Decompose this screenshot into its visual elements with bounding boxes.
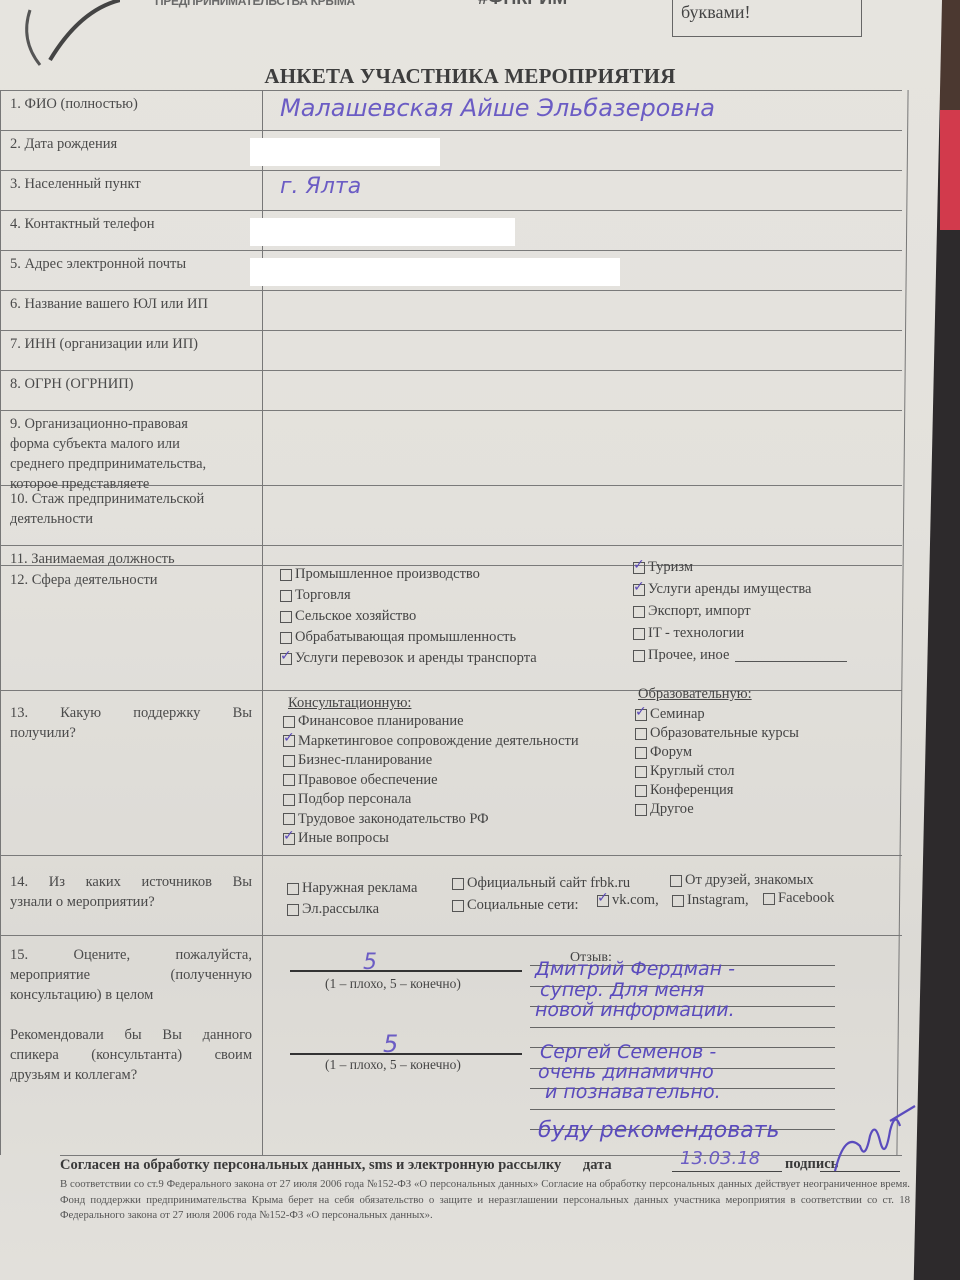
checkbox-icon[interactable] bbox=[287, 904, 299, 916]
checkbox-icon[interactable] bbox=[283, 755, 295, 767]
checkbox-icon[interactable] bbox=[635, 766, 647, 778]
field-input[interactable] bbox=[264, 331, 900, 369]
checkbox-option[interactable]: Трудовое законодательство РФ bbox=[283, 811, 489, 828]
checkbox-option[interactable]: Услуги перевозок и аренды транспорта bbox=[280, 650, 537, 667]
checkbox-option[interactable]: Социальные сети: bbox=[452, 897, 579, 914]
field-label: 2. Дата рождения bbox=[10, 134, 117, 154]
header-hashtag: #ФПКРИМ bbox=[478, 0, 567, 9]
q15-recommend-label: друзьям и коллегам? bbox=[10, 1065, 137, 1085]
checkbox-option[interactable]: От друзей, знакомых bbox=[670, 872, 814, 889]
signature-scribble-icon bbox=[830, 1101, 920, 1176]
checkbox-icon[interactable] bbox=[635, 709, 647, 721]
consent-body: В соответствии со ст.9 Федерального зако… bbox=[60, 1177, 910, 1224]
checkbox-icon[interactable] bbox=[283, 716, 295, 728]
q15-recommend-label: Рекомендовали бы Вы данного bbox=[10, 1025, 252, 1045]
checkbox-option[interactable]: Форум bbox=[635, 744, 692, 761]
checkbox-icon[interactable] bbox=[633, 562, 645, 574]
table-rule bbox=[0, 855, 902, 856]
checkbox-option[interactable]: Facebook bbox=[763, 890, 834, 907]
checkbox-icon[interactable] bbox=[283, 833, 295, 845]
field-label: 11. Занимаемая должность bbox=[10, 549, 175, 569]
form-sheet: ПРЕДПРИНИМАТЕЛЬСТВА КРЫМА #ФПКРИМ буквам… bbox=[0, 0, 942, 1280]
checkbox-icon[interactable] bbox=[283, 813, 295, 825]
field-label: форма субъекта малого или bbox=[10, 434, 180, 454]
checkbox-icon[interactable] bbox=[633, 606, 645, 618]
q14-label: 14. Из каких источников Вы bbox=[10, 872, 252, 892]
field-label: 3. Населенный пункт bbox=[10, 174, 141, 194]
checkbox-icon[interactable] bbox=[670, 875, 682, 887]
field-label: 4. Контактный телефон bbox=[10, 214, 155, 234]
checkbox-icon[interactable] bbox=[635, 785, 647, 797]
rating-event-field[interactable] bbox=[290, 970, 522, 972]
checkbox-icon[interactable] bbox=[283, 735, 295, 747]
checkbox-option[interactable]: Иные вопросы bbox=[283, 830, 389, 847]
checkbox-icon[interactable] bbox=[280, 569, 292, 581]
redacted-value bbox=[250, 218, 515, 246]
checkbox-option[interactable]: Прочее, иное bbox=[633, 647, 847, 664]
redacted-value bbox=[250, 258, 620, 286]
rating-scale-caption: (1 – плохо, 5 – конечно) bbox=[325, 1057, 461, 1073]
checkbox-option[interactable]: Наружная реклама bbox=[287, 880, 417, 897]
checkbox-icon[interactable] bbox=[280, 611, 292, 623]
consent-title: Согласен на обработку персональных данны… bbox=[60, 1157, 612, 1174]
field-input[interactable] bbox=[264, 486, 900, 544]
checkbox-icon[interactable] bbox=[280, 632, 292, 644]
rating-scale-caption: (1 – плохо, 5 – конечно) bbox=[325, 976, 461, 992]
checkbox-option[interactable]: Подбор персонала bbox=[283, 791, 411, 808]
checkbox-option[interactable]: vk.com, bbox=[597, 892, 659, 909]
checkbox-option[interactable]: Бизнес-планирование bbox=[283, 752, 432, 769]
field-handwritten-value: г. Ялта bbox=[280, 174, 361, 199]
checkbox-option[interactable]: Сельское хозяйство bbox=[280, 608, 416, 625]
field-input[interactable] bbox=[264, 411, 900, 484]
checkbox-option[interactable]: Промышленное производство bbox=[280, 566, 480, 583]
checkbox-icon[interactable] bbox=[287, 883, 299, 895]
checkbox-icon[interactable] bbox=[280, 590, 292, 602]
field-label: 6. Название вашего ЮЛ или ИП bbox=[10, 294, 208, 314]
field-label: 8. ОГРН (ОГРНИП) bbox=[10, 374, 134, 394]
consulting-heading: Консультационную: bbox=[288, 695, 411, 712]
checkbox-icon[interactable] bbox=[672, 895, 684, 907]
field-label: 1. ФИО (полностью) bbox=[10, 94, 138, 114]
checkbox-icon[interactable] bbox=[763, 893, 775, 905]
checkbox-icon[interactable] bbox=[633, 650, 645, 662]
header-note-box: буквами! bbox=[672, 0, 862, 37]
checkbox-option[interactable]: IT - технологии bbox=[633, 625, 744, 642]
field-label: 9. Организационно-правовая bbox=[10, 414, 188, 434]
field-label: 5. Адрес электронной почты bbox=[10, 254, 186, 274]
q12-label: 12. Сфера деятельности bbox=[10, 570, 158, 590]
field-label: 10. Стаж предпринимательской bbox=[10, 489, 204, 509]
checkbox-option[interactable]: Торговля bbox=[280, 587, 351, 604]
checkbox-icon[interactable] bbox=[633, 628, 645, 640]
checkbox-option[interactable]: Instagram, bbox=[672, 892, 749, 909]
checkbox-icon[interactable] bbox=[635, 804, 647, 816]
education-heading: Образовательную: bbox=[638, 686, 752, 703]
checkbox-option[interactable]: Услуги аренды имущества bbox=[633, 581, 811, 598]
signature-field[interactable] bbox=[820, 1156, 900, 1172]
checkbox-icon[interactable] bbox=[280, 653, 292, 665]
date-field[interactable]: 13.03.18 bbox=[672, 1156, 782, 1172]
checkbox-icon[interactable] bbox=[452, 900, 464, 912]
q13-label: 13. Какую поддержку Вы bbox=[10, 703, 252, 723]
table-rule bbox=[0, 935, 902, 936]
field-label: деятельности bbox=[10, 509, 93, 529]
checkbox-icon[interactable] bbox=[452, 878, 464, 890]
logo-swoosh-icon bbox=[10, 0, 120, 70]
checkbox-icon[interactable] bbox=[283, 794, 295, 806]
field-input[interactable] bbox=[264, 291, 900, 329]
checkbox-icon[interactable] bbox=[283, 774, 295, 786]
field-handwritten-value: Малашевская Айше Эльбазеровна bbox=[280, 94, 715, 122]
form-title: АНКЕТА УЧАСТНИКА МЕРОПРИЯТИЯ bbox=[0, 64, 940, 89]
checkbox-icon[interactable] bbox=[635, 747, 647, 759]
header-organization: ПРЕДПРИНИМАТЕЛЬСТВА КРЫМА bbox=[155, 0, 355, 8]
table-border-left bbox=[0, 90, 1, 1155]
checkbox-icon[interactable] bbox=[633, 584, 645, 596]
review-field[interactable] bbox=[530, 945, 835, 1145]
q15-label: 15. Оцените, пожалуйста, bbox=[10, 945, 252, 965]
checkbox-option[interactable]: Семинар bbox=[635, 706, 705, 723]
checkbox-option[interactable]: Конференция bbox=[635, 782, 733, 799]
field-input[interactable] bbox=[264, 546, 900, 564]
checkbox-icon[interactable] bbox=[635, 728, 647, 740]
background-object bbox=[940, 110, 960, 230]
checkbox-option[interactable]: Маркетинговое сопровождение деятельности bbox=[283, 733, 579, 750]
q14-label: узнали о мероприятии? bbox=[10, 892, 155, 912]
checkbox-option[interactable]: Экспорт, импорт bbox=[633, 603, 751, 620]
field-input[interactable] bbox=[264, 371, 900, 409]
q15-label: мероприятие (полученную bbox=[10, 965, 252, 985]
other-blank-line[interactable] bbox=[735, 650, 847, 662]
q15-label: консультацию) в целом bbox=[10, 985, 153, 1005]
field-label: 7. ИНН (организации или ИП) bbox=[10, 334, 198, 354]
checkbox-option[interactable]: Туризм bbox=[633, 559, 693, 576]
q15-recommend-label: спикера (консультанта) своим bbox=[10, 1045, 252, 1065]
field-label: среднего предпринимательства, bbox=[10, 454, 206, 474]
checkbox-option[interactable]: Финансовое планирование bbox=[283, 713, 464, 730]
checkbox-option[interactable]: Эл.рассылка bbox=[287, 901, 379, 918]
checkbox-option[interactable]: Обрабатывающая промышленность bbox=[280, 629, 516, 646]
table-rule bbox=[0, 690, 902, 691]
header-note: буквами! bbox=[681, 2, 751, 23]
rating-recommend-field[interactable] bbox=[290, 1053, 522, 1055]
q13-label: получили? bbox=[10, 723, 76, 743]
checkbox-option[interactable]: Круглый стол bbox=[635, 763, 734, 780]
checkbox-option[interactable]: Другое bbox=[635, 801, 694, 818]
table-divider bbox=[262, 90, 263, 1155]
checkbox-option[interactable]: Образовательные курсы bbox=[635, 725, 799, 742]
redacted-value bbox=[250, 138, 440, 166]
checkbox-option[interactable]: Правовое обеспечение bbox=[283, 772, 438, 789]
checkbox-icon[interactable] bbox=[597, 895, 609, 907]
